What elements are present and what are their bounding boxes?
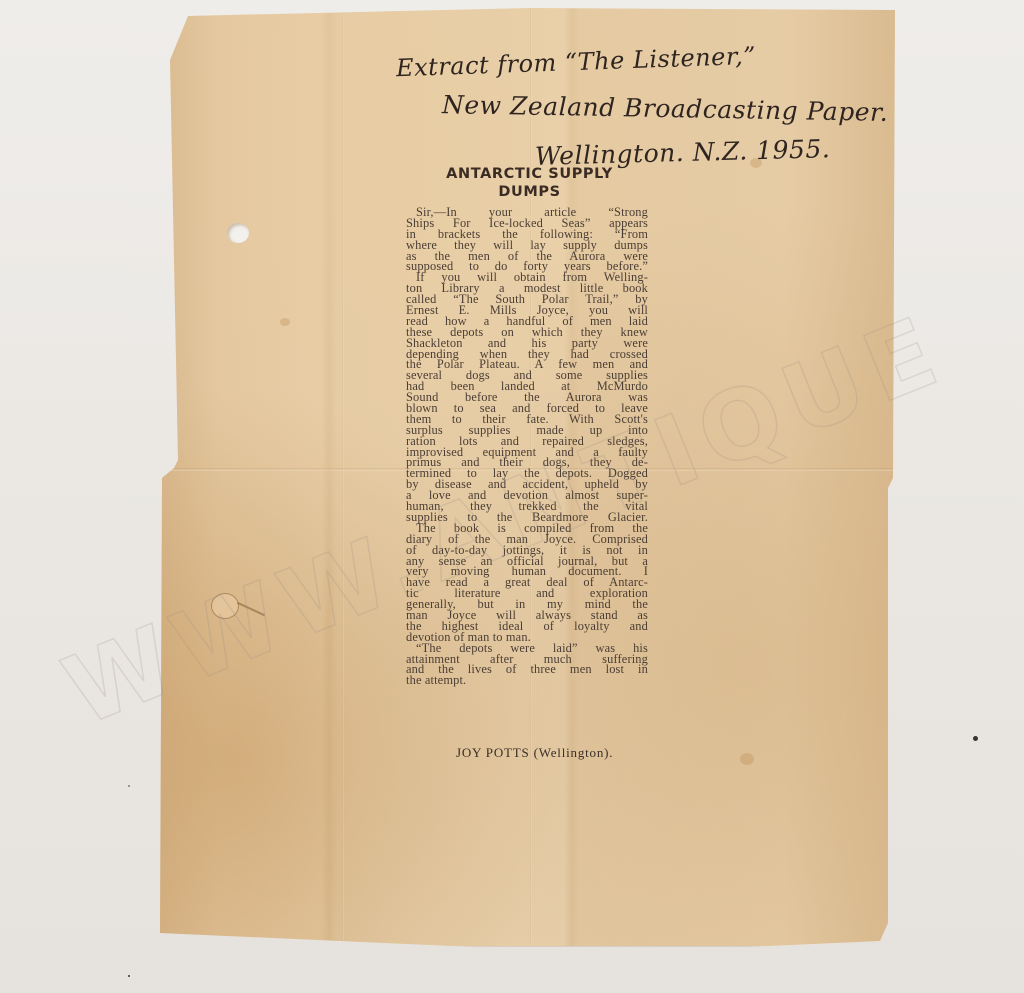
- tear-mark: [237, 602, 265, 616]
- torn-punch-hole: [211, 593, 239, 619]
- headline-line: DUMPS: [422, 183, 637, 201]
- surface-speck: [973, 736, 978, 741]
- punch-hole: [227, 223, 249, 243]
- surface-speck: [128, 975, 130, 977]
- handwritten-annotation-line: New Zealand Broadcasting Paper.: [442, 90, 889, 127]
- article-headline: ANTARCTIC SUPPLY DUMPS: [422, 165, 637, 201]
- age-stain: [280, 318, 290, 326]
- age-stain: [740, 753, 754, 765]
- article-line: the attempt.: [406, 675, 648, 686]
- newspaper-clipping-sheet: Extract from “The Listener,” New Zealand…: [160, 8, 895, 946]
- surface-speck: [128, 785, 130, 787]
- handwritten-annotation-line: Extract from “The Listener,”: [396, 42, 757, 83]
- headline-line: ANTARCTIC SUPPLY: [422, 165, 637, 183]
- vertical-fold-crease: [342, 8, 344, 946]
- article-signature: JOY POTTS (Wellington).: [456, 745, 613, 761]
- article-body: Sir,—In your article “Strong Ships For I…: [406, 207, 648, 686]
